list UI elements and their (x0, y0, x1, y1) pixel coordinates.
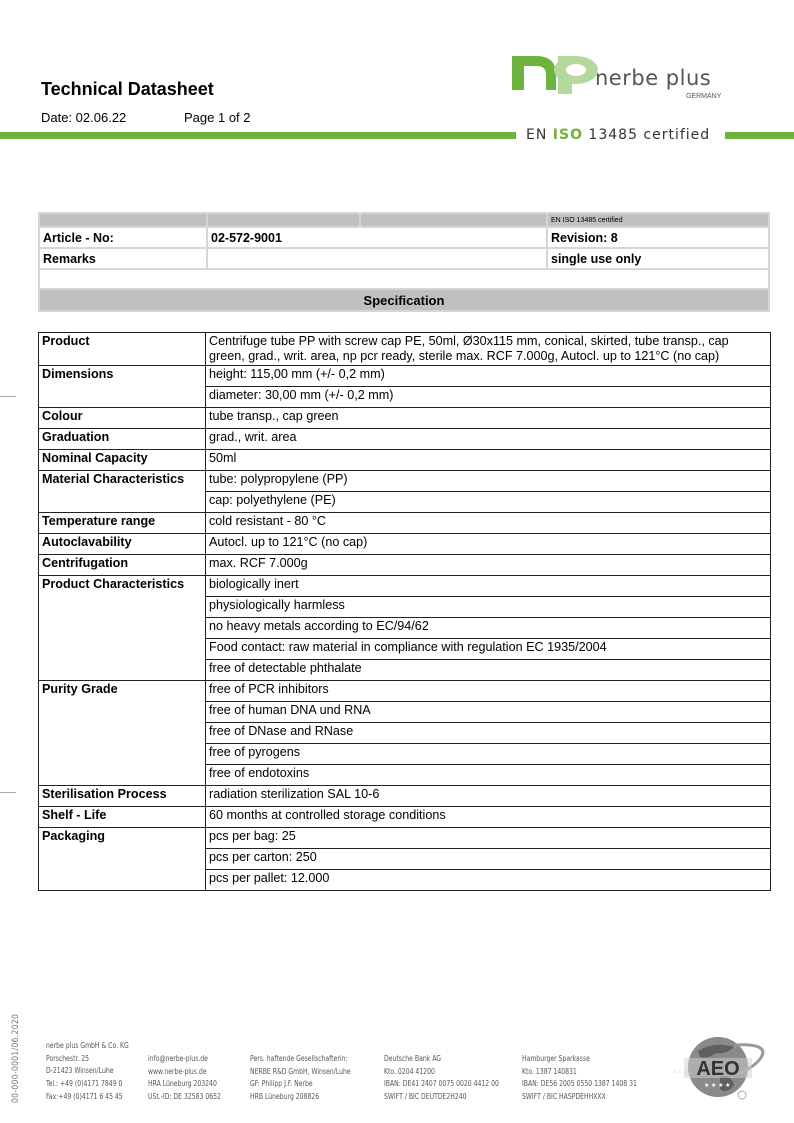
spec-row: Temperature rangecold resistant - 80 °C (39, 513, 771, 534)
spec-value: grad., writ. area (206, 429, 771, 450)
spec-value: tube: polypropylene (PP) (206, 471, 771, 492)
spec-row: Graduationgrad., writ. area (39, 429, 771, 450)
spec-row: Shelf - Life60 months at controlled stor… (39, 807, 771, 828)
specification-table: ProductCentrifuge tube PP with screw cap… (38, 332, 771, 891)
spec-label: Shelf - Life (39, 807, 206, 828)
spec-value: physiologically harmless (206, 597, 771, 618)
spec-value: free of human DNA und RNA (206, 702, 771, 723)
spec-value: biologically inert (206, 576, 771, 597)
spec-value: tube transp., cap green (206, 408, 771, 429)
header-divider-left (0, 132, 516, 139)
svg-text:☆ ☆ ☆ ☆: ☆ ☆ ☆ ☆ (672, 1069, 695, 1075)
spec-row: Centrifugationmax. RCF 7.000g (39, 555, 771, 576)
footer-line: HRA Lüneburg 203240 (148, 1078, 221, 1091)
footer-line: info@nerbe-plus.de (148, 1053, 221, 1066)
spec-value: 50ml (206, 450, 771, 471)
spec-row: Product Characteristicsbiologically iner… (39, 576, 771, 597)
spec-row: Dimensionsheight: 115,00 mm (+/- 0,2 mm) (39, 366, 771, 387)
specification-header-row: Specification (39, 289, 769, 311)
remarks-label: Remarks (39, 248, 207, 269)
remarks-row: Remarks single use only (39, 248, 769, 269)
footer-line: Fax:+49 (0)4171 6 45 45 (46, 1091, 129, 1104)
iso-certification: EN ISO 13485 certified (526, 127, 710, 143)
document-code: 00-000-0001/06.2020 (10, 1014, 23, 1103)
footer-bank-1: Deutsche Bank AGKto. 0204 41200IBAN: DE4… (384, 1053, 499, 1104)
spec-label: Packaging (39, 828, 206, 891)
spec-value: cap: polyethylene (PE) (206, 492, 771, 513)
aeo-globe-icon: AEO ★ ★ ★ ★ ☆ ☆ ☆ ☆ (664, 1033, 770, 1103)
footer-line: IBAN: DE56 2005 0550 1387 1408 31 (522, 1078, 637, 1091)
page-indicator: Page 1 of 2 (184, 110, 251, 125)
footer-line: Kto. 0204 41200 (384, 1066, 499, 1079)
footer-line: HRB Lüneburg 208826 (250, 1091, 351, 1104)
footer-line: Kto. 1387 140831 (522, 1066, 637, 1079)
footer-line: www.nerbe-plus.de (148, 1066, 221, 1079)
spec-value: Autocl. up to 121°C (no cap) (206, 534, 771, 555)
footer-company: nerbe plus GmbH & Co. KGPorschestr. 25D-… (46, 1040, 129, 1104)
spec-value: radiation sterilization SAL 10-6 (206, 786, 771, 807)
footer-line: Tel.: +49 (0)4171 7849 0 (46, 1078, 129, 1091)
spec-label: Graduation (39, 429, 206, 450)
footer-partner: Pers. haftende Gesellschafterin:NERBE R&… (250, 1053, 351, 1104)
page-title: Technical Datasheet (41, 79, 214, 100)
footer-line: nerbe plus GmbH & Co. KG (46, 1040, 129, 1053)
spec-label: Autoclavability (39, 534, 206, 555)
spec-value: no heavy metals according to EC/94/62 (206, 618, 771, 639)
remarks-value (207, 248, 547, 269)
spec-value: Centrifuge tube PP with screw cap PE, 50… (206, 333, 771, 366)
spec-label: Temperature range (39, 513, 206, 534)
spec-label: Colour (39, 408, 206, 429)
spec-value: max. RCF 7.000g (206, 555, 771, 576)
spec-value: free of PCR inhibitors (206, 681, 771, 702)
footer-line: NERBE R&D GmbH, Winsen/Luhe (250, 1066, 351, 1079)
iso-prefix: EN (526, 127, 553, 143)
spec-row: Purity Gradefree of PCR inhibitors (39, 681, 771, 702)
spec-row: AutoclavabilityAutocl. up to 121°C (no c… (39, 534, 771, 555)
spec-label: Product (39, 333, 206, 366)
spec-value: free of endotoxins (206, 765, 771, 786)
spec-value: pcs per pallet: 12.000 (206, 870, 771, 891)
footer-bank-2: Hamburger SparkasseKto. 1387 140831IBAN:… (522, 1053, 637, 1104)
footer-line: Porschestr. 25 (46, 1053, 129, 1066)
brand-country: GERMANY (686, 93, 721, 100)
spec-row: Packagingpcs per bag: 25 (39, 828, 771, 849)
revision: Revision: 8 (547, 227, 769, 248)
footer-line: USt.-ID: DE 32583 0652 (148, 1091, 221, 1104)
header-divider-right (725, 132, 794, 139)
spec-label: Dimensions (39, 366, 206, 408)
cert-note: EN ISO 13485 certified (547, 213, 769, 227)
spec-value: free of pyrogens (206, 744, 771, 765)
spec-value: Food contact: raw material in compliance… (206, 639, 771, 660)
spec-row: Colourtube transp., cap green (39, 408, 771, 429)
spec-value: diameter: 30,00 mm (+/- 0,2 mm) (206, 387, 771, 408)
spec-label: Product Characteristics (39, 576, 206, 681)
spec-row: Material Characteristicstube: polypropyl… (39, 471, 771, 492)
fold-mark (0, 792, 16, 793)
spec-label: Purity Grade (39, 681, 206, 786)
spec-value: free of DNase and RNase (206, 723, 771, 744)
spec-value: free of detectable phthalate (206, 660, 771, 681)
svg-text:★ ★ ★ ★: ★ ★ ★ ★ (704, 1082, 731, 1089)
spec-row: ProductCentrifuge tube PP with screw cap… (39, 333, 771, 366)
footer-line: IBAN: DE41 2407 0075 0020 4412 00 (384, 1078, 499, 1091)
info-header-row: EN ISO 13485 certified (39, 213, 769, 227)
footer-line: Hamburger Sparkasse (522, 1053, 637, 1066)
spec-label: Material Characteristics (39, 471, 206, 513)
spec-value: pcs per carton: 250 (206, 849, 771, 870)
spacer-row (39, 269, 769, 289)
footer-line: Pers. haftende Gesellschafterin: (250, 1053, 351, 1066)
svg-text:AEO: AEO (696, 1058, 739, 1080)
specification-title: Specification (39, 289, 769, 311)
article-label: Article - No: (39, 227, 207, 248)
spec-label: Nominal Capacity (39, 450, 206, 471)
footer-line: SWIFT / BIC DEUTDE2H240 (384, 1091, 499, 1104)
article-number: 02-572-9001 (207, 227, 547, 248)
spec-value: pcs per bag: 25 (206, 828, 771, 849)
iso-suffix: 13485 certified (583, 127, 710, 143)
document-date: Date: 02.06.22 (41, 110, 126, 125)
fold-mark (0, 396, 16, 397)
spec-value: cold resistant - 80 °C (206, 513, 771, 534)
footer-line: GF: Philipp J.F. Nerbe (250, 1078, 351, 1091)
footer-line: Deutsche Bank AG (384, 1053, 499, 1066)
spec-label: Sterilisation Process (39, 786, 206, 807)
remarks-note: single use only (547, 248, 769, 269)
spec-row: Sterilisation Processradiation steriliza… (39, 786, 771, 807)
brand-name: nerbe plus (595, 66, 711, 90)
footer-line: SWIFT / BIC HASPDEHHXXX (522, 1091, 637, 1104)
article-info-table: EN ISO 13485 certified Article - No: 02-… (38, 212, 770, 312)
spec-label: Centrifugation (39, 555, 206, 576)
spec-row: Nominal Capacity50ml (39, 450, 771, 471)
footer-contact: info@nerbe-plus.dewww.nerbe-plus.deHRA L… (148, 1053, 221, 1104)
article-row: Article - No: 02-572-9001 Revision: 8 (39, 227, 769, 248)
footer-line: D-21423 Winsen/Luhe (46, 1065, 129, 1078)
iso-highlight: ISO (553, 127, 583, 143)
spec-value: height: 115,00 mm (+/- 0,2 mm) (206, 366, 771, 387)
spec-value: 60 months at controlled storage conditio… (206, 807, 771, 828)
